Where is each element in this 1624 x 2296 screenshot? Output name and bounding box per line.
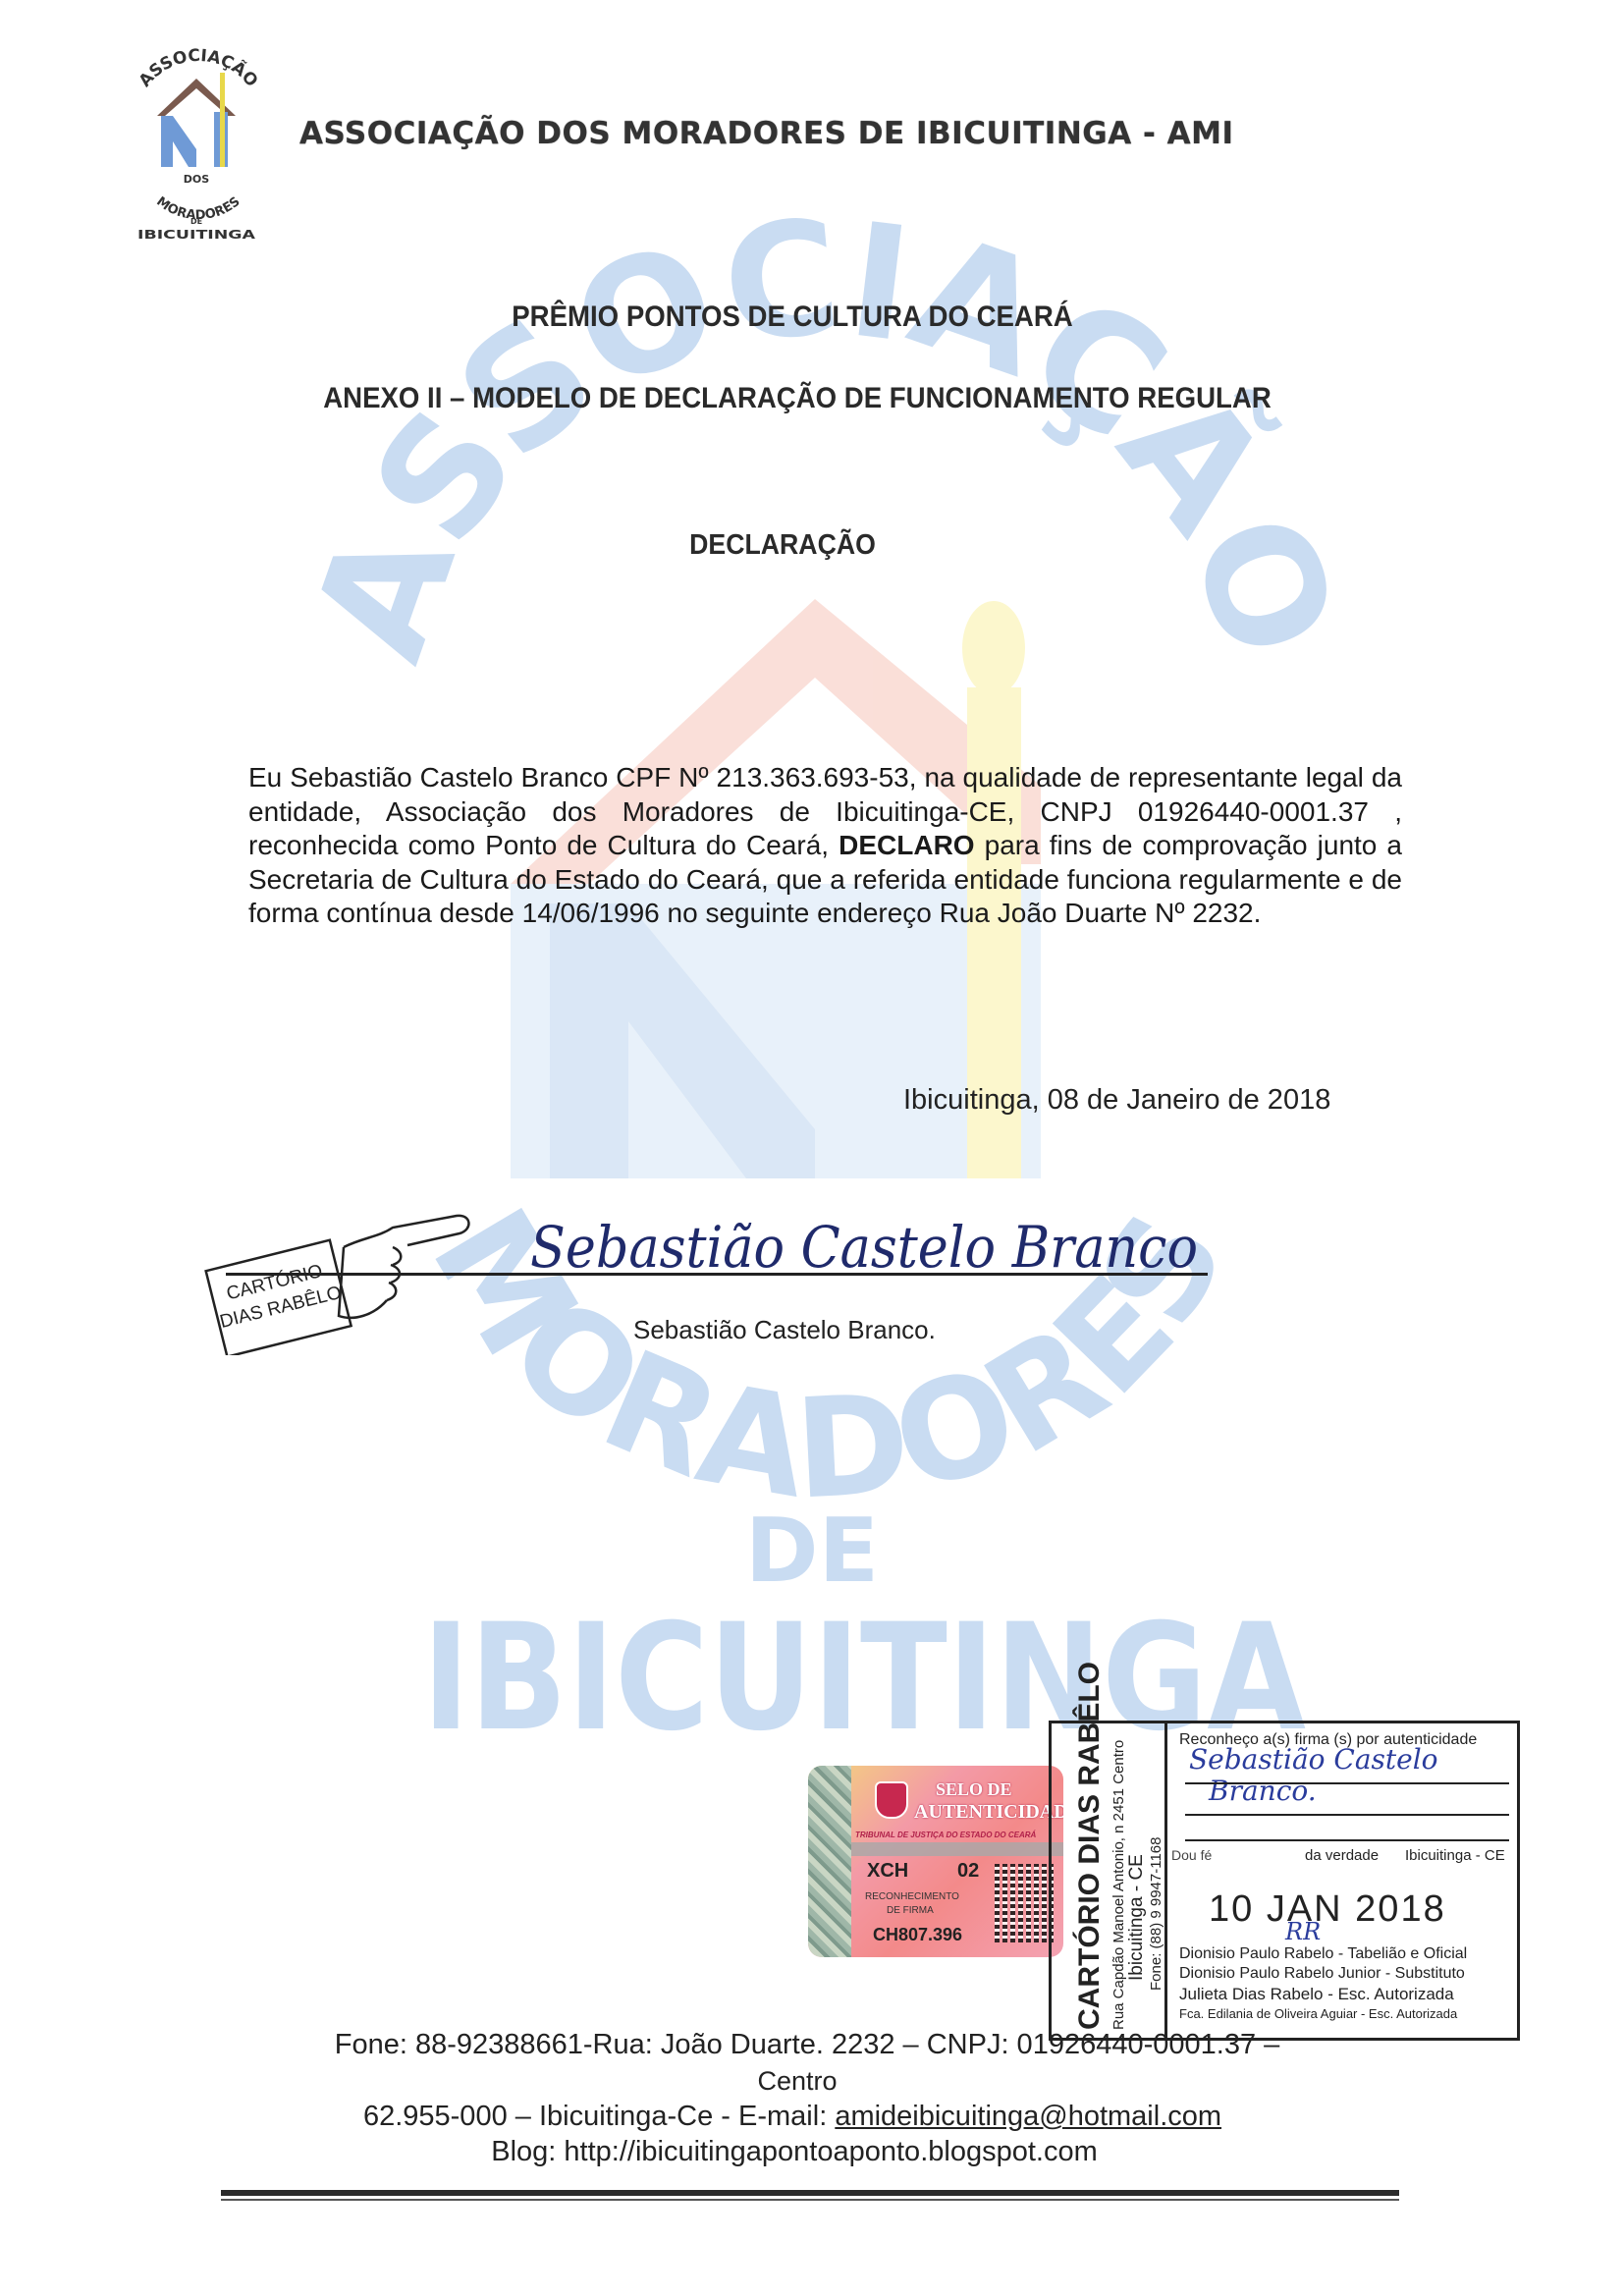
notary-info-column: CARTÓRIO DIAS RABÊLO Rua Capdão Manoel A… bbox=[1052, 1723, 1167, 2038]
watermark-arc-associacao: ASSOCIAÇÃO bbox=[277, 185, 1372, 681]
footer-postal: 62.955-000 – Ibicuitinga-Ce - E-mail: bbox=[363, 2101, 835, 2132]
stamp-line bbox=[1185, 1782, 1509, 1784]
qr-code-icon bbox=[995, 1864, 1054, 1942]
footer-neighborhood: Centro bbox=[0, 2066, 1609, 2097]
stamp-line bbox=[1185, 1814, 1509, 1816]
handwritten-name-1: Sebastião Castelo bbox=[1189, 1743, 1438, 1776]
svg-text:DE: DE bbox=[190, 217, 202, 226]
stamp-line bbox=[1185, 1839, 1509, 1841]
truth-prefix: Dou fé bbox=[1171, 1847, 1212, 1863]
stamp-date: 10 JAN 2018 bbox=[1209, 1888, 1446, 1931]
declaration-body: Eu Sebastião Castelo Branco CPF Nº 213.3… bbox=[248, 761, 1402, 931]
seal-type-line1: RECONHECIMENTO bbox=[865, 1891, 959, 1902]
award-title: PRÊMIO PONTOS DE CULTURA DO CEARÁ bbox=[45, 301, 1540, 334]
court-crest-icon bbox=[875, 1781, 908, 1819]
body-emphasis-declaro: DECLARO bbox=[839, 830, 974, 860]
stamp-city: Ibicuitinga - CE bbox=[1405, 1847, 1505, 1864]
seal-number: 02 bbox=[957, 1860, 979, 1883]
seal-type-line2: DE FIRMA bbox=[887, 1905, 934, 1916]
seal-issuer: TRIBUNAL DE JUSTIÇA DO ESTADO DO CEARÁ bbox=[855, 1831, 1036, 1839]
authenticity-seal: SELO DE AUTENTICIDADE TRIBUNAL DE JUSTIÇ… bbox=[808, 1766, 1063, 1957]
organization-title: ASSOCIAÇÃO DOS MORADORES DE IBICUITINGA … bbox=[299, 116, 1234, 151]
footer-rule bbox=[221, 2190, 1399, 2196]
notary-initials: RR bbox=[1285, 1918, 1321, 1945]
footer-rule-thin bbox=[221, 2199, 1399, 2201]
seal-code: CH807.396 bbox=[873, 1925, 962, 1945]
cartorio-stamp: CARTÓRIO DIAS RABÊLO bbox=[196, 1208, 481, 1355]
signer-name: Sebastião Castelo Branco. bbox=[633, 1315, 936, 1345]
staff-line: Dionisio Paulo Rabelo - Tabelião e Ofici… bbox=[1179, 1945, 1467, 1963]
seal-band bbox=[851, 1842, 1063, 1856]
staff-line: Fca. Edilania de Oliveira Aguiar - Esc. … bbox=[1179, 2006, 1457, 2021]
truth-text: da verdade bbox=[1305, 1847, 1379, 1864]
svg-text:DOS: DOS bbox=[184, 173, 209, 186]
watermark-de: DE bbox=[745, 1500, 879, 1603]
footer-contact-line: Fone: 88-92388661-Rua: João Duarte. 2232… bbox=[0, 2029, 1619, 2061]
seal-title-1: SELO DE bbox=[936, 1779, 1012, 1800]
notary-city: Ibicuitinga - CE bbox=[1126, 1854, 1148, 1981]
handwritten-signature: Sebastião Castelo Branco bbox=[520, 1188, 1227, 1286]
declaration-heading: DECLARAÇÃO bbox=[35, 529, 1530, 562]
notary-phone: Fone: (88) 9 9947-1168 bbox=[1148, 1837, 1164, 1992]
staff-line: Dionisio Paulo Rabelo Junior - Substitut… bbox=[1179, 1965, 1465, 1983]
footer-postal-email: 62.955-000 – Ibicuitinga-Ce - E-mail: am… bbox=[0, 2101, 1604, 2133]
hologram-strip bbox=[808, 1766, 851, 1957]
notary-address: Rua Capdão Manoel Antonio, n 2451 Centro bbox=[1110, 1740, 1127, 2030]
annex-title: ANEXO II – MODELO DE DECLARAÇÃO DE FUNCI… bbox=[50, 382, 1544, 415]
place-and-date: Ibicuitinga, 08 de Janeiro de 2018 bbox=[903, 1084, 1330, 1117]
association-logo: ASSOCIAÇÃO DOS MORADORES DE IBICUITINGA bbox=[118, 47, 275, 244]
svg-text:IBICUITINGA: IBICUITINGA bbox=[137, 228, 256, 242]
seal-title-2: AUTENTICIDADE bbox=[914, 1801, 1063, 1824]
notary-recognition-stamp: CARTÓRIO DIAS RABÊLO Rua Capdão Manoel A… bbox=[1049, 1721, 1520, 2041]
footer-blog[interactable]: Blog: http://ibicuitingapontoaponto.blog… bbox=[0, 2136, 1606, 2168]
email-link[interactable]: amideibicuitinga@hotmail.com bbox=[835, 2101, 1221, 2132]
seal-series: XCH bbox=[867, 1860, 908, 1883]
pointing-hand-icon bbox=[339, 1216, 468, 1318]
notary-office-name: CARTÓRIO DIAS RABÊLO bbox=[1073, 1662, 1107, 2030]
staff-line: Julieta Dias Rabelo - Esc. Autorizada bbox=[1179, 1985, 1454, 2004]
handwritten-name-2: Branco. bbox=[1209, 1775, 1317, 1807]
svg-text:Sebastião Castelo Branco: Sebastião Castelo Branco bbox=[530, 1214, 1198, 1281]
